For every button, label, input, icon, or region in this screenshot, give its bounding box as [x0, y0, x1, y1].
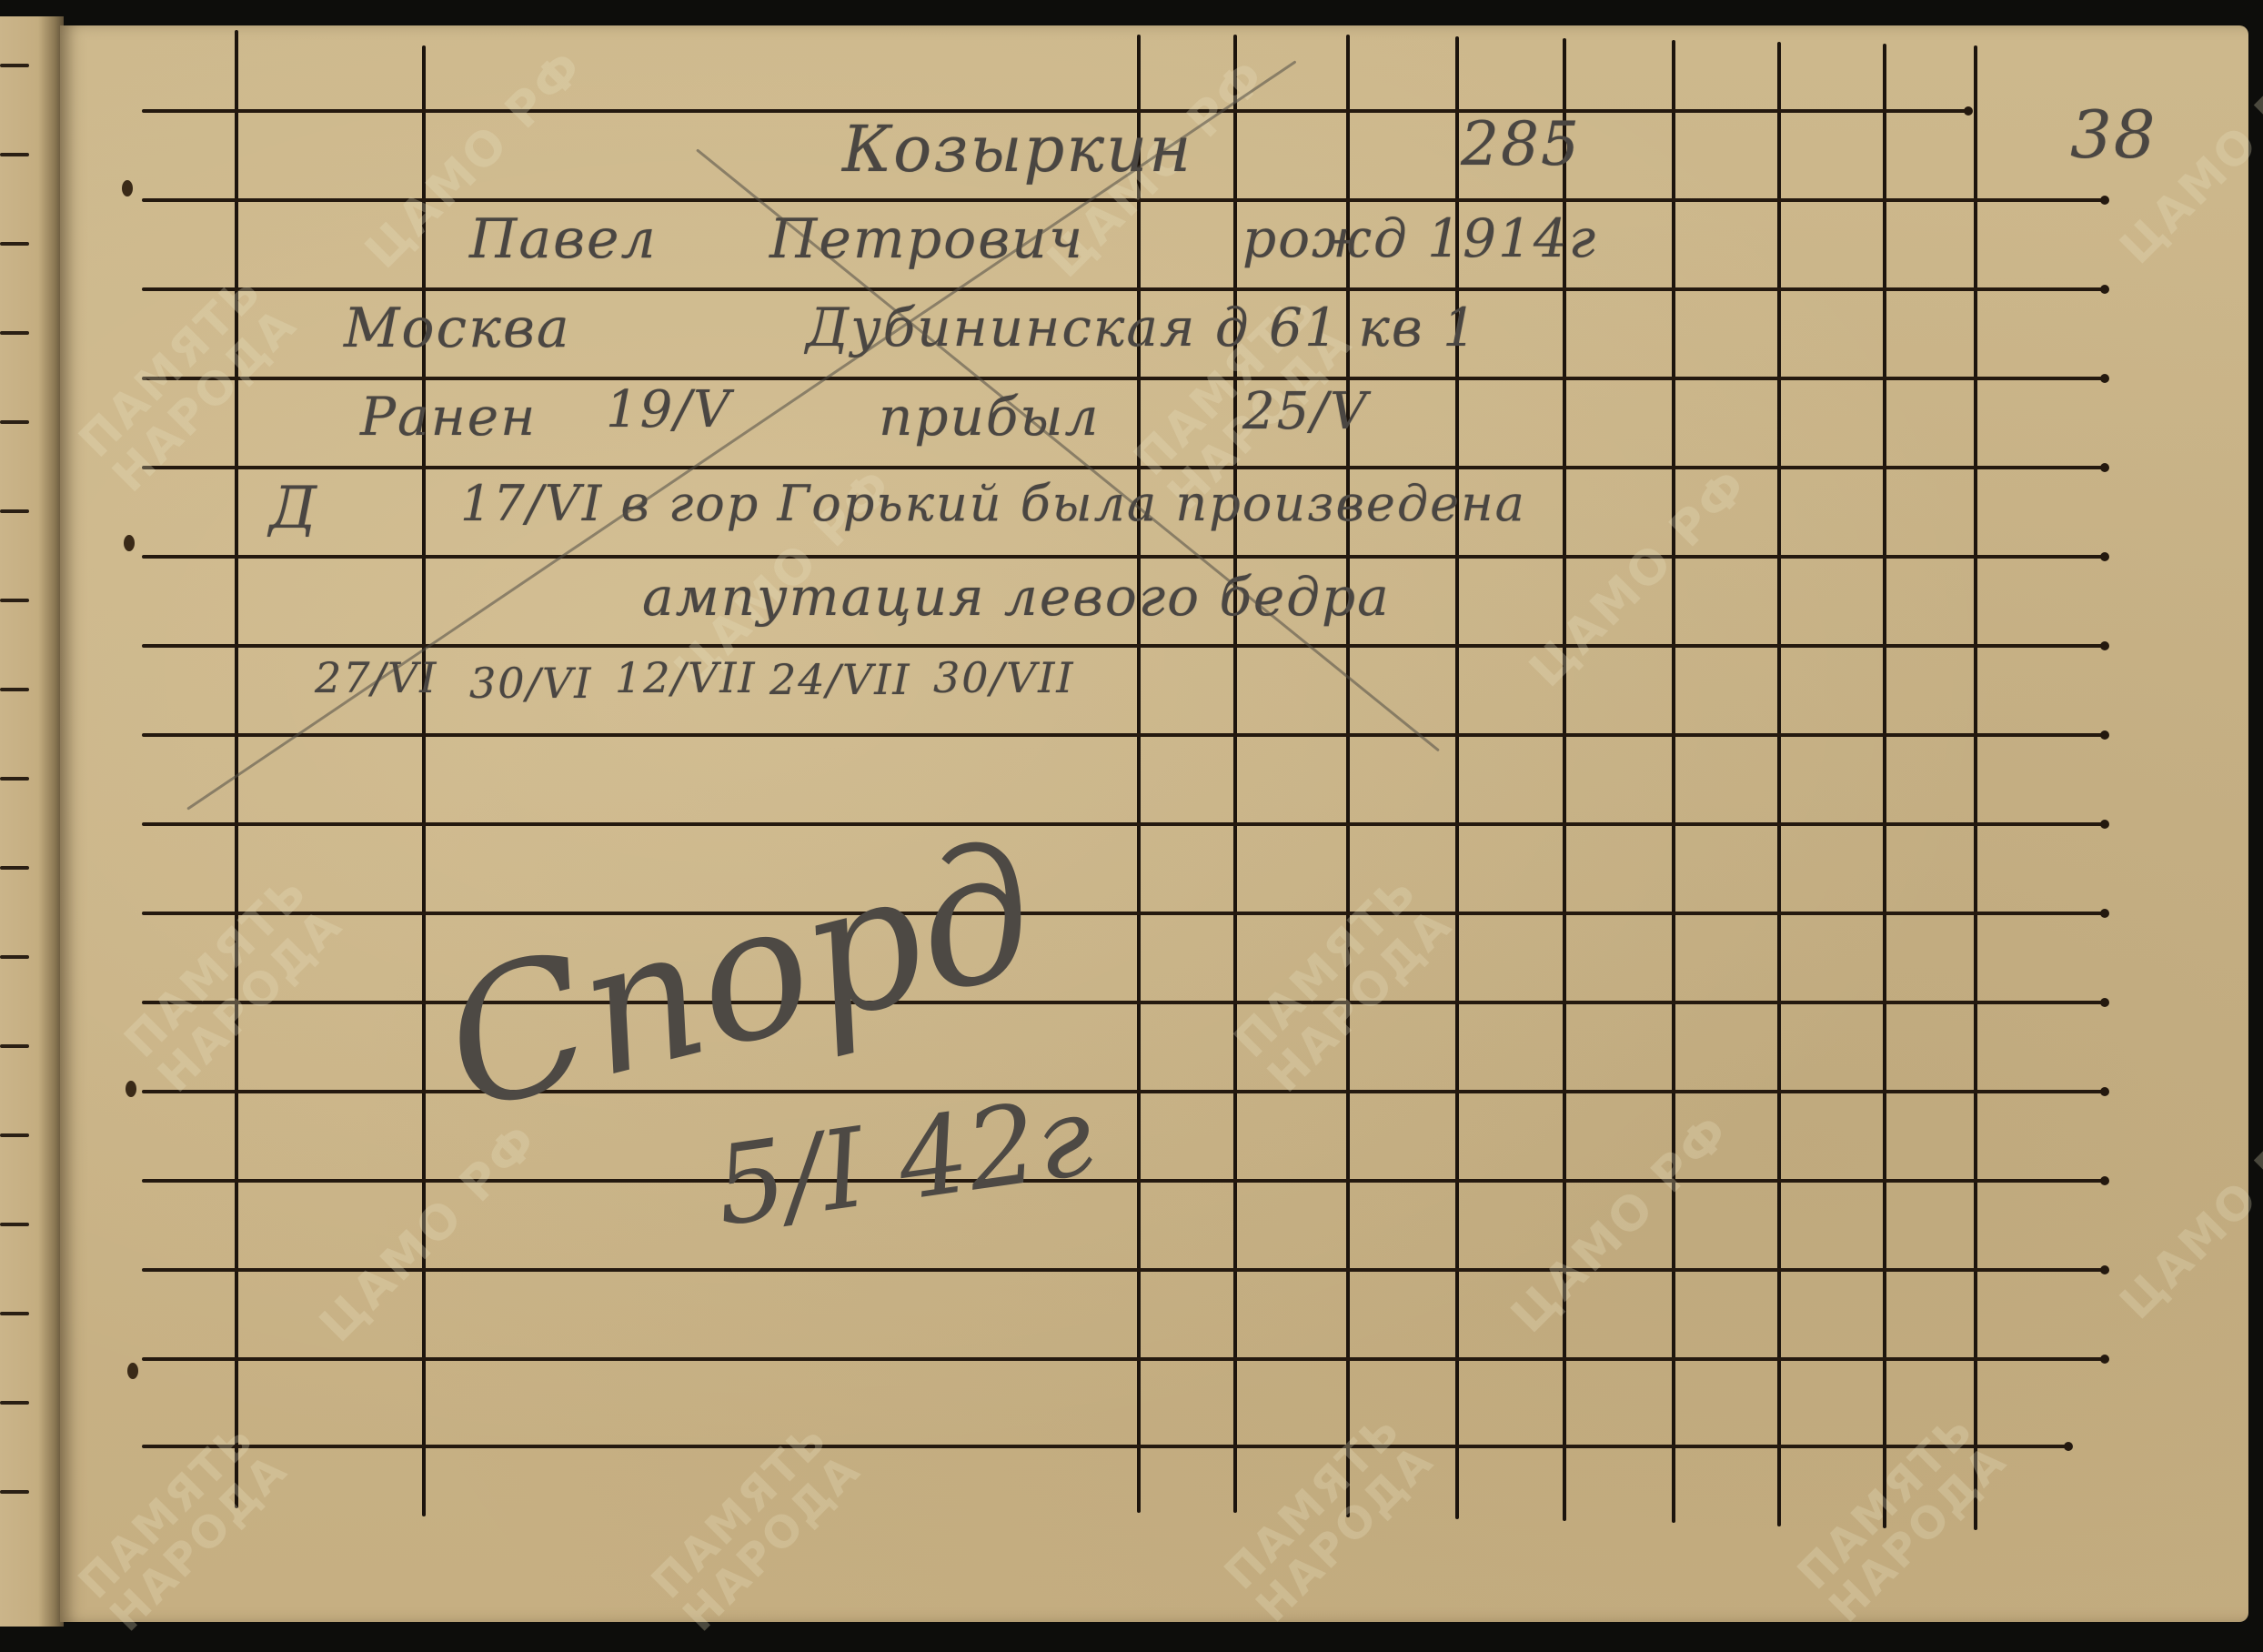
first-name: Павел [469, 207, 658, 271]
facing-page-rule [0, 331, 29, 335]
row-rule [142, 1090, 2107, 1093]
facing-page-rule [0, 64, 29, 67]
row-rule [142, 555, 2107, 559]
facing-page-edge [0, 16, 64, 1627]
column-rule [1883, 44, 1886, 1528]
birth-year: рожд 1914г [1242, 207, 1597, 269]
column-rule [1233, 35, 1237, 1513]
watermark-pamyat: ПАМЯТЬ НАРОДА [1789, 1405, 2016, 1631]
facing-page-rule [0, 1133, 29, 1137]
column-rule [422, 45, 426, 1516]
record-number: 285 [1461, 109, 1581, 179]
column-rule [1672, 40, 1675, 1523]
facing-page-rule [0, 955, 29, 959]
watermark-pamyat: ПАМЯТЬ НАРОДА [116, 865, 351, 1101]
watermark-text: ЦАМО РФ [1519, 458, 1759, 698]
wounded-label: Ранен [360, 386, 537, 448]
signature-date: 5/I 42г [708, 1073, 1100, 1251]
row-rule [142, 912, 2107, 915]
arrived-label: прибыл [879, 386, 1100, 448]
facing-page-rule [0, 1044, 29, 1048]
page-number: 38 [2070, 96, 2157, 173]
column-rule [1974, 45, 1977, 1530]
facing-page-rule [0, 1223, 29, 1226]
city: Москва [344, 297, 571, 360]
watermark-text: ЦАМО РФ [309, 1113, 549, 1353]
facing-page-rule [0, 777, 29, 781]
row-rule [142, 1357, 2107, 1361]
row-rule [142, 733, 2107, 737]
watermark-tsamo: ЦАМО РФ [2112, 1100, 2263, 1328]
facing-page-rule [0, 599, 29, 602]
wounded-date: 19/V [606, 380, 732, 439]
row-rule [142, 287, 2107, 291]
register-scan: ЦАМО РФ ПАМЯТЬ НАРОДА ЦАМО РФ ПАМЯТЬ НАР… [0, 0, 2263, 1652]
date-entry: 24/VII [769, 655, 911, 704]
date-entry: 30/VI [469, 659, 592, 708]
facing-page-rule [0, 509, 29, 513]
facing-page-rule [0, 688, 29, 691]
ledger-page: ЦАМО РФ ПАМЯТЬ НАРОДА ЦАМО РФ ПАМЯТЬ НАР… [60, 25, 2248, 1622]
watermark-tsamo: ЦАМО РФ [1522, 459, 1758, 696]
row-rule [142, 1268, 2107, 1272]
date-entry: 12/VII [615, 653, 757, 702]
patronymic: Петрович [769, 207, 1084, 271]
binding-hole [122, 180, 133, 196]
row-rule [142, 822, 2107, 826]
binding-hole [126, 1081, 136, 1097]
row-rule [142, 377, 2107, 380]
facing-page-rule [0, 242, 29, 246]
watermark-tsamo: ЦАМО РФ [312, 1114, 548, 1351]
facing-page-rule [0, 153, 29, 156]
row-rule [142, 1001, 2107, 1004]
date-entry: 30/VII [933, 653, 1075, 702]
column-rule [1777, 42, 1781, 1526]
arrived-date: 25/V [1242, 382, 1369, 441]
watermark-tsamo: ЦАМО РФ [1504, 1105, 1740, 1342]
facing-page-rule [0, 1312, 29, 1315]
row-rule [142, 466, 2107, 469]
diagnosis-label: Д [269, 475, 318, 542]
facing-page-rule [0, 1401, 29, 1405]
facing-page-rule [0, 420, 29, 424]
row-rule [142, 1179, 2107, 1183]
street-address: Дубининская д 61 кв 1 [806, 297, 1478, 358]
diagnosis-text: 17/VI в гор Горький была произведена [460, 475, 1526, 532]
column-rule [1137, 35, 1141, 1513]
watermark-text: ЦАМО РФ [2110, 1098, 2263, 1330]
surname: Козыркин [842, 112, 1192, 186]
row-rule [142, 1445, 2070, 1448]
column-rule [235, 30, 238, 1508]
watermark-pamyat: ПАМЯТЬ НАРОДА [1216, 1405, 1443, 1631]
binding-hole [127, 1363, 138, 1379]
watermark-pamyat: ПАМЯТЬ НАРОДА [1225, 865, 1461, 1101]
binding-hole [124, 535, 135, 551]
watermark-text: ЦАМО РФ [1501, 1103, 1741, 1344]
facing-page-rule [0, 1490, 29, 1494]
facing-page-rule [0, 866, 29, 870]
row-rule [142, 644, 2107, 648]
date-entry: 27/VI [315, 653, 438, 702]
